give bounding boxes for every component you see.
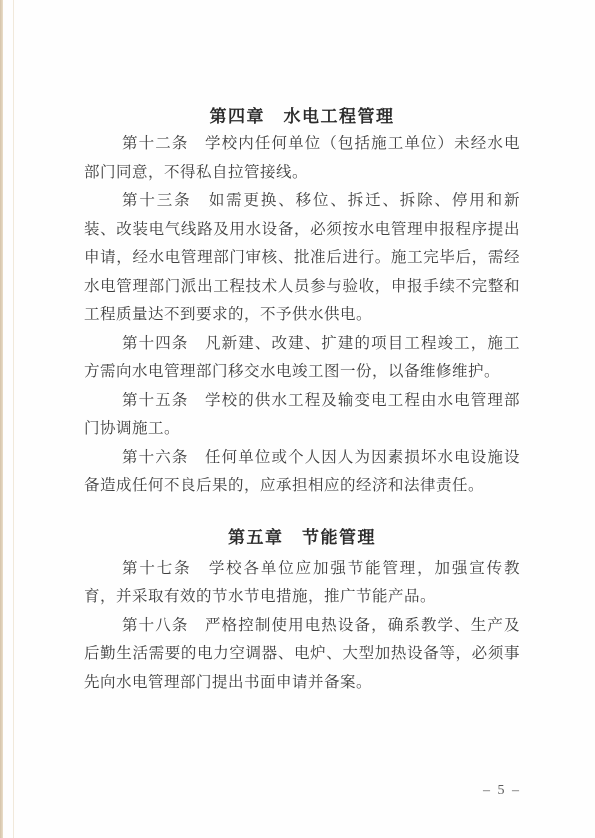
scan-edge-strip (0, 0, 3, 838)
chapter-4-heading: 第四章 水电工程管理 (84, 104, 520, 130)
chapter-5-heading: 第五章 节能管理 (84, 525, 520, 551)
article-16-paragraph: 第十六条 任何单位或个人因人为因素损坏水电设施设备造成任何不良后果的，应承担相应… (84, 444, 520, 501)
scan-crease-line (13, 0, 14, 838)
document-content: 第四章 水电工程管理 第十二条 学校内任何单位（包括施工单位）未经水电部门同意，… (84, 0, 520, 697)
page-number: – 5 – (483, 783, 521, 799)
article-18-paragraph: 第十八条 严格控制使用电热设备，确系教学、生产及后勤生活需要的电力空调器、电炉、… (84, 612, 520, 698)
article-15-paragraph: 第十五条 学校的供水工程及输变电工程由水电管理部门协调施工。 (84, 387, 520, 444)
document-page: 第四章 水电工程管理 第十二条 学校内任何单位（包括施工单位）未经水电部门同意，… (0, 0, 595, 838)
article-13-paragraph: 第十三条 如需更换、移位、拆迁、拆除、停用和新装、改装电气线路及用水设备，必须按… (84, 187, 520, 330)
article-14-paragraph: 第十四条 凡新建、改建、扩建的项目工程竣工，施工方需向水电管理部门移交水电竣工图… (84, 330, 520, 387)
article-17-paragraph: 第十七条 学校各单位应加强节能管理，加强宣传教育，并采取有效的节水节电措施，推广… (84, 555, 520, 612)
article-12-paragraph: 第十二条 学校内任何单位（包括施工单位）未经水电部门同意，不得私自拉管接线。 (84, 130, 520, 187)
